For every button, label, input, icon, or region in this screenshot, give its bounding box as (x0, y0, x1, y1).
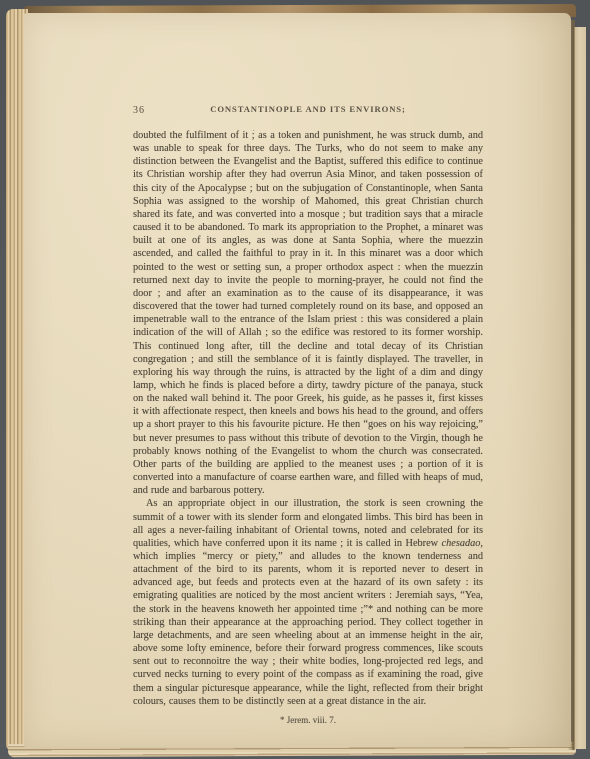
hebrew-term-italic: chesadao (442, 538, 481, 549)
paragraph-2-text-after: , which implies “mercy or piety,” and al… (133, 538, 483, 707)
page-number: 36 (133, 105, 145, 116)
book-page: 36 CONSTANTINOPLE AND ITS ENVIRONS; doub… (24, 13, 571, 747)
paragraph-1: doubted the fulfilment of it ; as a toke… (133, 129, 483, 497)
paragraph-2: As an appropriate object in our illustra… (133, 497, 483, 708)
footnote: * Jerem. viii. 7. (133, 715, 483, 725)
adjacent-page-panel (574, 27, 586, 749)
running-header: 36 CONSTANTINOPLE AND ITS ENVIRONS; (133, 104, 483, 119)
page-content: 36 CONSTANTINOPLE AND ITS ENVIRONS; doub… (133, 104, 483, 725)
paragraph-2-text-before: As an appropriate object in our illustra… (133, 498, 483, 548)
photo-background: 36 CONSTANTINOPLE AND ITS ENVIRONS; doub… (0, 0, 590, 759)
running-header-title: CONSTANTINOPLE AND ITS ENVIRONS; (133, 104, 483, 114)
